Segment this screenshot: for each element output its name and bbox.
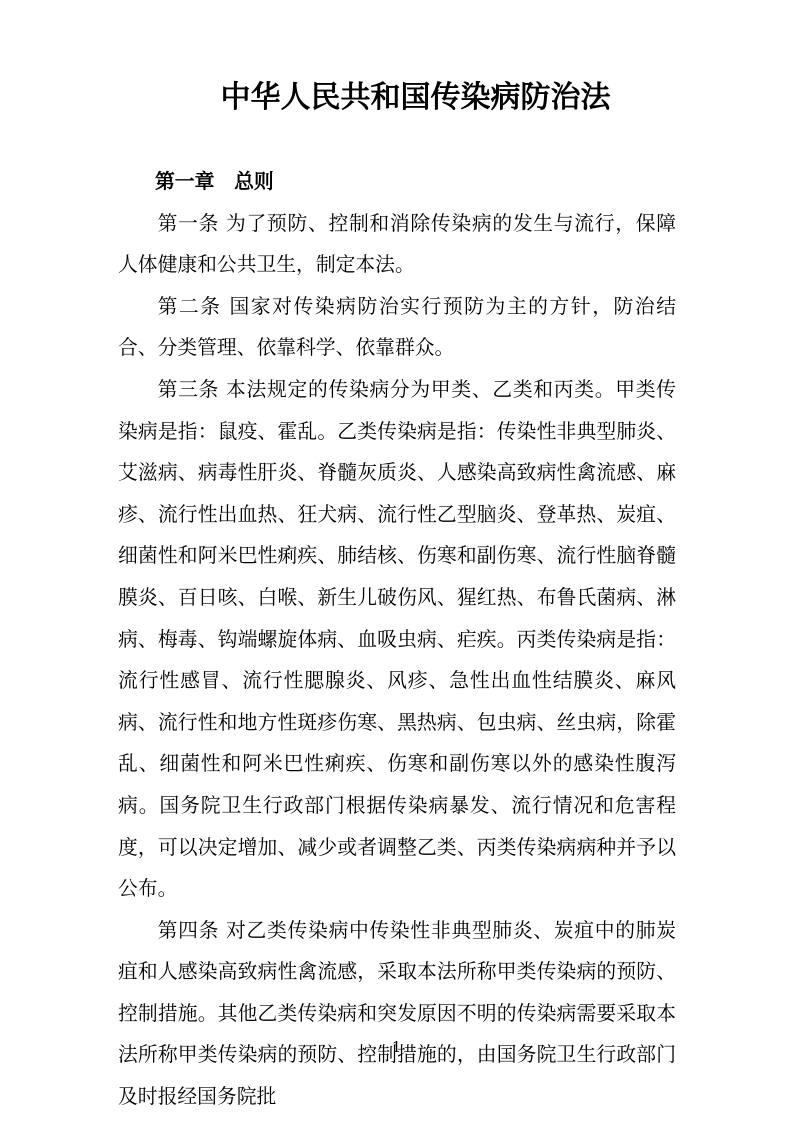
- paragraph-article-3: 第三条 本法规定的传染病分为甲类、乙类和丙类。甲类传染病是指：鼠疫、霍乱。乙类传…: [118, 369, 676, 910]
- document-page: 中华人民共和国传染病防治法 第一章 总则 第一条 为了预防、控制和消除传染病的发…: [0, 0, 793, 1122]
- paragraph-article-4: 第四条 对乙类传染病中传染性非典型肺炎、炭疽中的肺炭疽和人感染高致病性禽流感，采…: [118, 910, 676, 1118]
- document-title: 中华人民共和国传染病防治法: [118, 0, 676, 118]
- chapter-heading: 第一章 总则: [118, 161, 676, 203]
- paragraph-article-1: 第一条 为了预防、控制和消除传染病的发生与流行，保障人体健康和公共卫生，制定本法…: [118, 203, 676, 286]
- document-body: 中华人民共和国传染病防治法 第一章 总则 第一条 为了预防、控制和消除传染病的发…: [118, 0, 676, 1118]
- page-number: 1: [0, 1038, 793, 1056]
- paragraph-article-2: 第二条 国家对传染病防治实行预防为主的方针，防治结合、分类管理、依靠科学、依靠群…: [118, 286, 676, 369]
